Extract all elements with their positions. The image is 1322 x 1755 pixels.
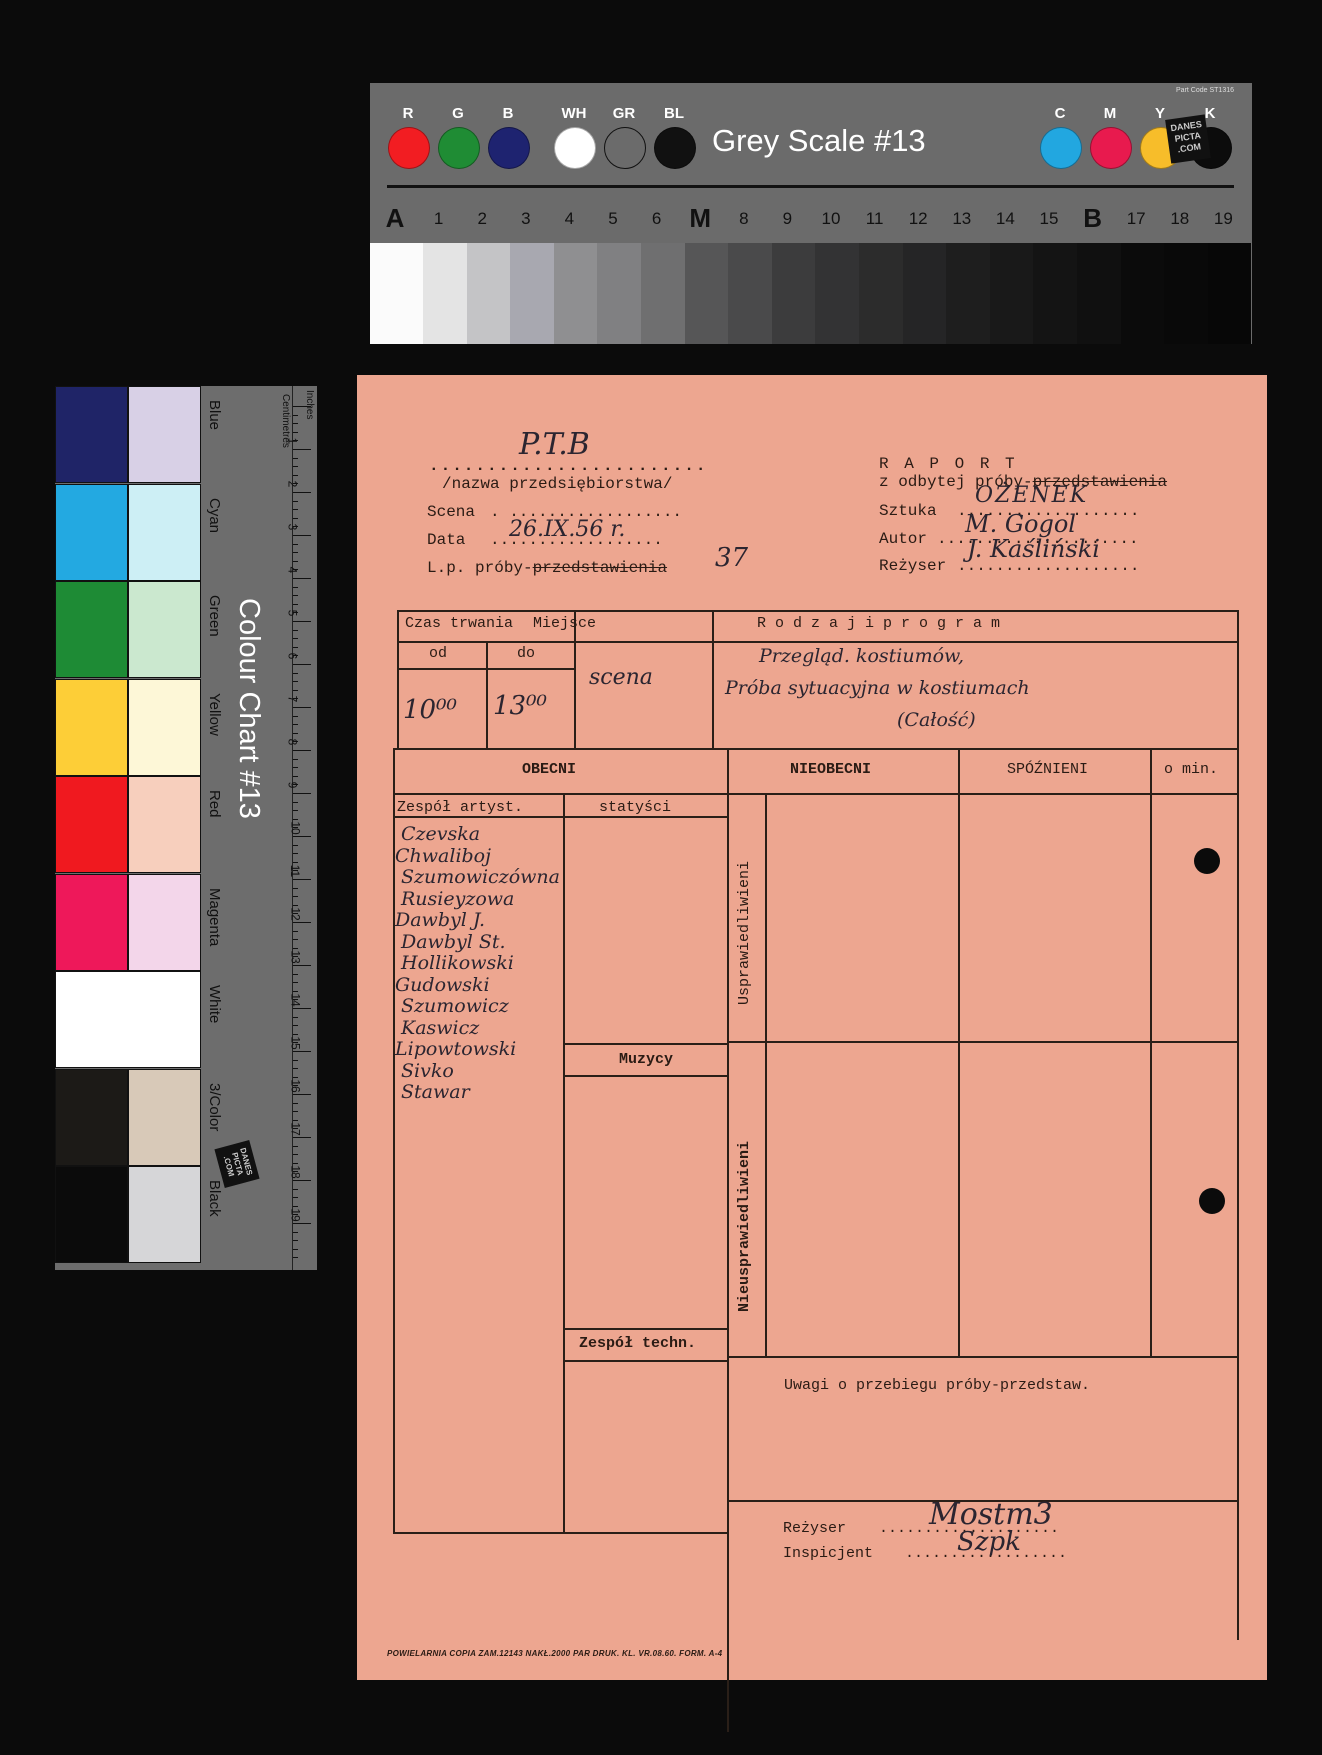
color-dot-bl-icon [654, 127, 696, 169]
muzycy-header: Muzycy [619, 1051, 673, 1068]
grey-patch [641, 243, 685, 344]
table-line [393, 793, 1239, 795]
nieobecni-header: NIEOBECNI [790, 761, 871, 778]
ruler-tick [293, 716, 298, 717]
ruler-tick [293, 1008, 311, 1009]
program-line-2: Próba sytuacyjna w kostiumach [725, 677, 1030, 699]
ruler-tick [293, 578, 311, 579]
color-dot-g-icon [438, 127, 480, 169]
grey-patch [370, 243, 423, 344]
grey-tick: 6 [637, 209, 677, 229]
ruler-tick [293, 1257, 298, 1258]
usprawiedliwieni-label: Usprawiedliwieni [736, 861, 753, 1005]
inspicjent-signature: Szpk [957, 1527, 1021, 1557]
table-line [563, 1360, 727, 1362]
grey-tick: B [1073, 203, 1113, 234]
cm-tick-label: 5 [285, 610, 299, 617]
grey-patch [554, 243, 598, 344]
ruler-tick [293, 1154, 298, 1155]
rehearsal-report-form: P.T.B ........................ /nazwa pr… [357, 375, 1267, 1680]
cast-member: Stawar [401, 1081, 470, 1103]
ruler-tick [293, 664, 311, 665]
ruler-tick [293, 432, 298, 433]
table-line [563, 1328, 727, 1330]
cast-member: Lipowtowski [395, 1038, 516, 1060]
program-line-1: Przegląd. kostiumów, [759, 645, 964, 667]
color-dot-m-icon [1090, 127, 1132, 169]
ruler-tick [293, 1197, 298, 1198]
swatch-black-light [128, 1166, 201, 1263]
part-code: Part Code ST1316 [1176, 87, 1234, 95]
cast-member: Szumowiczówna [401, 866, 560, 888]
ruler-tick [293, 1223, 311, 1224]
ruler-tick [293, 1137, 311, 1138]
zespol-artyst-header: Zespół artyst. [397, 799, 523, 816]
dot-label-bl: BL [653, 105, 695, 122]
ruler-tick [293, 888, 298, 889]
grey-scale-title: Grey Scale #13 [712, 123, 926, 159]
cast-member: Czevska [401, 823, 480, 845]
grey-patch [597, 243, 641, 344]
ruler-tick [293, 561, 298, 562]
swatch-label: Yellow [206, 693, 223, 736]
grey-patch [946, 243, 990, 344]
dot-label-r: R [387, 105, 429, 122]
cm-tick-label: 16 [289, 1079, 303, 1092]
grey-tick: 2 [462, 209, 502, 229]
ruler-tick [293, 733, 298, 734]
color-dot-r-icon [388, 127, 430, 169]
ruler-tick [293, 518, 298, 519]
ruler: Inches 12345678910111213141516171819 [292, 386, 318, 1270]
od-header: od [429, 645, 447, 662]
lp-label-text: L.p. próby- [427, 559, 533, 577]
grey-patch [510, 243, 554, 344]
ruler-tick [293, 810, 298, 811]
swatch-label: Green [206, 595, 223, 637]
swatch-label: Cyan [206, 498, 223, 533]
swatch-yellow-dark [55, 679, 128, 776]
ruler-tick [293, 974, 298, 975]
ruler-tick [293, 1163, 298, 1164]
ruler-tick [293, 415, 298, 416]
grey-tick: 3 [506, 209, 546, 229]
ruler-tick [293, 1249, 298, 1250]
dot-label-gr: GR [603, 105, 645, 122]
table-line [712, 610, 714, 748]
ruler-tick [293, 707, 311, 708]
swatch-blue-light [128, 386, 201, 483]
table-line [765, 793, 767, 1357]
cm-tick-label: 15 [289, 1036, 303, 1049]
lp-value: 37 [715, 543, 748, 573]
ruler-tick [293, 819, 298, 820]
ruler-tick [293, 793, 311, 794]
dot-label-wh: WH [553, 105, 595, 122]
swatch-cyan-dark [55, 484, 128, 581]
ruler-tick [293, 423, 298, 424]
autor-label: Autor [879, 530, 927, 548]
miejsce-header: Miejsce [533, 615, 596, 632]
table-line [393, 816, 727, 818]
ruler-tick [293, 466, 298, 467]
ruler-tick [293, 544, 298, 545]
ruler-tick [293, 681, 298, 682]
swatch-yellow-light [128, 679, 201, 776]
ruler-tick [293, 982, 298, 983]
swatch-cyan-light [128, 484, 201, 581]
ruler-tick [293, 630, 298, 631]
ruler-tick [293, 552, 298, 553]
ruler-tick [293, 1240, 298, 1241]
color-dot-b-icon [488, 127, 530, 169]
cm-tick-label: 11 [288, 865, 302, 877]
cm-tick-label: 18 [289, 1165, 303, 1178]
miejsce-value: scena [589, 665, 653, 690]
table-border [397, 610, 1239, 612]
cm-tick-label: 12 [289, 907, 303, 920]
ruler-tick [293, 948, 298, 949]
dot-label-b: B [487, 105, 529, 122]
do-value: 13⁰⁰ [493, 691, 547, 721]
table-line [563, 1043, 727, 1045]
inspicjent-label: Inspicjent [783, 1545, 873, 1562]
ruler-tick [293, 905, 298, 906]
punch-hole [1194, 848, 1220, 874]
ruler-tick [293, 587, 298, 588]
ruler-tick [293, 492, 311, 493]
grey-tick: 1 [419, 209, 459, 229]
data-value: 26.IX.56 r. [509, 517, 625, 542]
swatch-blue-dark [55, 386, 128, 483]
zespol-techn-header: Zespół techn. [579, 1335, 696, 1352]
cast-member: Dawbyl J. [395, 909, 485, 931]
swatch-red-light [128, 776, 201, 873]
report-title: R A P O R T [879, 455, 1018, 473]
colour-chart: BlueCyanGreenYellowRedMagentaWhite3/Colo… [55, 386, 317, 1270]
table-line [727, 748, 729, 1732]
ruler-tick [293, 673, 298, 674]
grey-tick: 14 [985, 209, 1025, 229]
grey-tick: 13 [942, 209, 982, 229]
grey-patch [1121, 243, 1165, 344]
grey-tick: 8 [724, 209, 764, 229]
ruler-tick [293, 604, 298, 605]
nieusprawiedliwieni-label: Nieusprawiedliwieni [736, 1141, 753, 1312]
ruler-tick [293, 1017, 298, 1018]
ruler-tick [293, 845, 298, 846]
ruler-tick [293, 922, 311, 923]
grey-tick: 19 [1203, 209, 1243, 229]
ruler-tick [293, 853, 298, 854]
program-line-3: (Całość) [897, 709, 976, 731]
swatch-red-dark [55, 776, 128, 873]
ruler-tick [293, 1094, 311, 1095]
ruler-tick [293, 750, 311, 751]
grey-scale-chart: Part Code ST1316 RGBWHGRBLCMYK Grey Scal… [370, 83, 1252, 344]
grey-tick: 4 [549, 209, 589, 229]
ruler-tick [293, 1232, 298, 1233]
colour-chart-title: Colour Chart #13 [232, 598, 265, 819]
table-line [727, 1356, 1239, 1358]
do-header: do [517, 645, 535, 662]
grey-tick: 18 [1160, 209, 1200, 229]
ruler-tick [293, 509, 298, 510]
grey-patch [467, 243, 511, 344]
ruler-tick [293, 862, 298, 863]
grey-tick: 17 [1116, 209, 1156, 229]
od-value: 10⁰⁰ [403, 695, 457, 725]
ruler-tick [293, 1060, 298, 1061]
scena-label: Scena [427, 503, 475, 521]
spoznieni-header: SPÓŹNIENI [1007, 761, 1088, 778]
cast-member: Chwaliboj [395, 845, 491, 867]
ruler-tick [293, 595, 298, 596]
dot-label-g: G [437, 105, 479, 122]
uwagi-header: Uwagi o przebiegu próby-przedstaw. [784, 1377, 1090, 1394]
statysci-header: statyści [599, 799, 671, 816]
cm-tick-label: 6 [285, 653, 299, 660]
grey-patch [1208, 243, 1252, 344]
table-line [958, 748, 960, 1357]
cm-tick-label: 8 [285, 739, 299, 746]
cast-member: Rusieyzowa [401, 888, 514, 910]
table-line [563, 793, 565, 1534]
grey-tick: 15 [1029, 209, 1069, 229]
ruler-tick [293, 724, 298, 725]
grey-tick: 12 [898, 209, 938, 229]
table-border [1237, 610, 1239, 1640]
swatch-black-dark [55, 1166, 128, 1263]
ruler-tick [293, 1077, 298, 1078]
cm-tick-label: 4 [285, 567, 299, 574]
data-label: Data [427, 531, 465, 549]
ruler-tick [293, 449, 311, 450]
grey-patch [859, 243, 903, 344]
table-line [397, 641, 1239, 643]
swatch-magenta-light [128, 874, 201, 971]
swatch-green-dark [55, 581, 128, 678]
grey-tick: 5 [593, 209, 633, 229]
color-dot-c-icon [1040, 127, 1082, 169]
grey-patch [685, 243, 729, 344]
ruler-tick [293, 931, 298, 932]
ruler-tick [293, 1180, 311, 1181]
ruler-tick [293, 1111, 298, 1112]
grey-patch [772, 243, 816, 344]
cast-member: Szumowicz [401, 995, 509, 1017]
ruler-tick [293, 458, 298, 459]
ruler-tick [293, 501, 298, 502]
table-border [393, 1532, 727, 1534]
company-label: /nazwa przedsiębiorstwa/ [442, 475, 672, 493]
rodzaj-header: R o d z a j i p r o g r a m [757, 615, 1000, 632]
lp-label: L.p. próby-przedstawienia [427, 559, 667, 577]
company-dots: ........................ [429, 457, 707, 475]
sztuka-value: OŻENEK [975, 483, 1088, 508]
table-border [397, 610, 399, 750]
ruler-tick [293, 1034, 298, 1035]
ruler-tick [293, 638, 298, 639]
grey-tick: M [680, 203, 720, 234]
cm-tick-label: 7 [285, 696, 299, 703]
ruler-tick [293, 776, 298, 777]
ruler-tick [293, 991, 298, 992]
autor-value: M. Gogol [965, 510, 1076, 538]
ruler-tick [293, 879, 311, 880]
swatch-label: Magenta [206, 888, 223, 946]
grey-scale-patches [370, 243, 1252, 344]
ruler-tick [293, 965, 311, 966]
ruler-tick [293, 1206, 298, 1207]
sztuka-label: Sztuka [879, 502, 937, 520]
obecni-header: OBECNI [522, 761, 576, 778]
ruler-tick [293, 836, 311, 837]
table-line [563, 1075, 727, 1077]
swatch-3-color-light [128, 1069, 201, 1166]
grey-patch [1077, 243, 1121, 344]
cm-tick-label: 10 [289, 821, 303, 834]
ruler-tick [293, 1068, 298, 1069]
swatch-label: Black [206, 1180, 223, 1217]
grey-tick: 9 [767, 209, 807, 229]
swatch-magenta-dark [55, 874, 128, 971]
dot-label-c: C [1039, 105, 1081, 122]
swatch-label: White [206, 985, 223, 1023]
ruler-tick [293, 475, 298, 476]
print-footer: POWIELARNIA COPIA ZAM.12143 NAKŁ.2000 PA… [387, 1649, 722, 1658]
grey-patch [990, 243, 1034, 344]
cast-member: Kaswicz [401, 1017, 479, 1039]
grey-patch [728, 243, 772, 344]
swatch-green-light [128, 581, 201, 678]
swatch-label: Red [206, 790, 223, 818]
czas-trwania-header: Czas trwania [405, 615, 513, 632]
ruler-tick [293, 1025, 298, 1026]
punch-hole [1199, 1188, 1225, 1214]
swatch-label: Blue [206, 400, 223, 430]
grey-tick: 10 [811, 209, 851, 229]
ruler-tick [293, 1103, 298, 1104]
cast-member: Gudowski [395, 974, 490, 996]
ruler-tick [293, 759, 298, 760]
grey-tick: 11 [855, 209, 895, 229]
ruler-tick [293, 896, 298, 897]
grey-patch [423, 243, 467, 344]
table-line [486, 641, 488, 748]
ruler-tick [293, 621, 311, 622]
table-line [727, 1041, 1239, 1043]
rezyser-value: J. Kaśliński [967, 535, 1100, 563]
ruler-tick [293, 1189, 298, 1190]
grey-patch [1164, 243, 1208, 344]
rezyser-label: Reżyser [879, 557, 946, 575]
grey-patch [815, 243, 859, 344]
cast-member: Dawbyl St. [401, 931, 506, 953]
cm-tick-label: 13 [289, 950, 303, 963]
dot-label-m: M [1089, 105, 1131, 122]
divider [387, 185, 1234, 188]
ruler-tick [293, 1146, 298, 1147]
cm-tick-label: 17 [289, 1122, 303, 1135]
cm-tick-label: 9 [285, 782, 299, 789]
color-dot-gr-icon [604, 127, 646, 169]
ruler-tick [293, 939, 298, 940]
o-min-header: o min. [1164, 761, 1218, 778]
cm-tick-label: 19 [289, 1208, 303, 1221]
cm-tick-label: 2 [285, 481, 299, 488]
ruler-tick [293, 690, 298, 691]
ruler-tick [293, 647, 298, 648]
swatch-label: 3/Color [206, 1083, 223, 1131]
rezyser-sign-label: Reżyser [783, 1520, 846, 1537]
centimetres-label: Centimetres [280, 394, 291, 448]
table-line [393, 748, 1239, 750]
cast-member: Hollikowski [401, 952, 514, 974]
cast-member: Sivko [401, 1060, 454, 1082]
ruler-tick [293, 1120, 298, 1121]
ruler-tick [293, 535, 311, 536]
ruler-tick [293, 802, 298, 803]
ruler-tick [293, 1051, 311, 1052]
danes-picta-logo: DANES PICTA .COM [1165, 114, 1211, 163]
cm-tick-label: 14 [289, 993, 303, 1006]
table-line [1150, 748, 1152, 1357]
lp-label-struck: przedstawienia [533, 559, 667, 577]
color-dot-wh-icon [554, 127, 596, 169]
swatch-white [55, 971, 201, 1068]
swatch-3-color-dark [55, 1069, 128, 1166]
grey-patch [1033, 243, 1077, 344]
ruler-tick [293, 406, 311, 407]
grey-tick: A [375, 203, 415, 234]
inches-label: Inches [304, 390, 315, 419]
grey-patch [903, 243, 947, 344]
ruler-tick [293, 767, 298, 768]
cm-tick-label: 3 [285, 524, 299, 531]
